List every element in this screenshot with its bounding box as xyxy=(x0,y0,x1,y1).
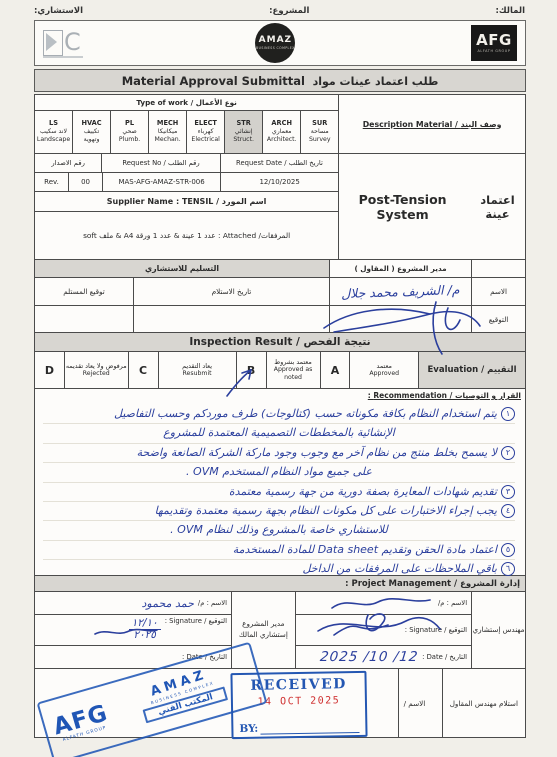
work-type-cell-elect: ELECT كهرباء Electrical xyxy=(186,111,224,153)
contractor-pm-name-handwritten: م/ الشريف محمد جلال xyxy=(329,277,471,305)
recommendation-line: على جميع مواد النظام المستخدم OVM . xyxy=(43,463,515,482)
afg-logo-text: AFG xyxy=(476,33,512,48)
request-date-label: Request Date / تاريخ الطلب xyxy=(220,154,338,172)
work-type-cell-hvac: HVAC تكييف وتهوية xyxy=(72,111,110,153)
recommendation-line: ١يتم استخدام النظام بكافة مكوناته حسب (ك… xyxy=(43,405,515,424)
work-type-cell-mech: MECH ميكانيكا Mechan. xyxy=(148,111,186,153)
grade-d-cell: D xyxy=(35,352,64,388)
evaluation-row: D مرفوض ولا يعاد تقديمه Rejected C يعاد … xyxy=(35,351,525,388)
top-labels: المالك: المشروع: الاستشاري: xyxy=(0,0,557,20)
form-title-en: Material Approval Submittal xyxy=(122,74,305,88)
project-label: المشروع: xyxy=(269,6,309,16)
delivery-to-consultant-header: التسليم للاستشاري xyxy=(35,260,329,277)
consultant-engineer-date-cell: التاريخ / Date : 12/ 10/ 2025 xyxy=(295,645,471,668)
supplier-name-row: Supplier Name : TENSIL / اسم المورد xyxy=(35,191,338,211)
rev-label: Rev. xyxy=(35,173,68,191)
bottom-receipt-row: RECEIVED 14 OCT 2025 BY: AFG ALFATH GROU… xyxy=(35,668,525,737)
ec-logo-tagline xyxy=(43,56,83,58)
consultant-engineer-name-signature xyxy=(326,594,436,614)
description-material-value: Post-Tension System اعتماد عينة xyxy=(339,153,525,259)
ec-logo-mark-icon xyxy=(43,30,63,56)
owner-pm-name-handwritten: حمد محمود xyxy=(142,597,194,610)
contractor-engineer-receipt-label: استلام مهندس المقاول xyxy=(442,669,525,737)
ec-consultant-logo: C xyxy=(43,30,80,56)
receipt-date-label: تاريخ الاستلام xyxy=(133,277,329,305)
owner-pm-signature-cell: التوقيع / Signature : ١٢/١٠ ٢٠٢٥ xyxy=(35,614,231,645)
attached-row: المرفقات/ Attached : عدد 1 عينة & عدد 1 … xyxy=(35,211,338,259)
receiver-signature-label: توقيع المستلم xyxy=(35,277,133,305)
recommendation-line: ٣تقديم شهادات المعايرة بصفة دورية من جهة… xyxy=(43,483,515,502)
amaz-logo: AMAZ BUSINESS COMPLEX xyxy=(255,23,295,63)
signature-label: التوقيع xyxy=(471,305,525,332)
ec-logo-letter: C xyxy=(64,30,80,54)
request-labels-row: رقم الاصدار Request No / رقم الطلب Reque… xyxy=(35,153,338,172)
amaz-logo-text: AMAZ xyxy=(259,36,292,45)
amaz-logo-subtext: BUSINESS COMPLEX xyxy=(256,47,295,50)
contractor-pm-signature-cell xyxy=(329,305,471,332)
owner-pm-signature-date-handwritten: ١٢/١٠ ٢٠٢٥ xyxy=(129,617,161,641)
logo-row: C AMAZ BUSINESS COMPLEX AFG ALFATH GROUP xyxy=(34,20,526,66)
contractor-pm-header: مدير المشروع ( المقاول ) xyxy=(329,260,471,277)
name-label: الاسم xyxy=(471,277,525,305)
recommendation-line: للاستشاري خاصة بالمشروع وذلك لنظام OVM . xyxy=(43,521,515,540)
description-material-column: Description Material / وصف البند Post-Te… xyxy=(338,95,525,259)
grade-c-cell: C xyxy=(128,352,158,388)
form-body: Type of work / نوع الأعمال LS لاند سكيب … xyxy=(34,94,526,738)
grade-a-cell: A xyxy=(320,352,350,388)
type-of-work-section: Type of work / نوع الأعمال LS لاند سكيب … xyxy=(35,95,525,259)
scanned-form-page: المالك: المشروع: الاستشاري: C AMAZ BUSIN… xyxy=(0,0,557,757)
recommendation-line: الإنشائية بالمخططات التصميمية المعتمدة ل… xyxy=(43,424,515,443)
work-type-cell-pl: PL صحي Plumb. xyxy=(110,111,148,153)
recommendation-line: ٢لا يسمح بخلط منتج من نظام آخر مع وجوب و… xyxy=(43,444,515,463)
work-type-cell-sur: SUR مساحة Survey xyxy=(300,111,338,153)
recommendation-line: ٤يجب إجراء الاختبارات على كل مكونات النظ… xyxy=(43,502,515,521)
work-type-cell-str-selected: STR إنشائي Struct. xyxy=(224,111,262,153)
approved-option: معتمد Approved xyxy=(349,352,417,388)
description-material-label: Description Material / وصف البند xyxy=(339,95,525,153)
request-no-value: MAS-AFG-AMAZ-STR-006 xyxy=(102,173,220,191)
recommendation-line: ٥اعتماد مادة الحقن وتقديم Data sheet للم… xyxy=(43,541,515,560)
description-value-ar: اعتماد عينة xyxy=(470,193,525,221)
evaluation-label: التقييم / Evaluation xyxy=(418,352,525,388)
rev-value: 00 xyxy=(68,173,102,191)
work-type-columns: LS لاند سكيب Landscape HVAC تكييف وتهوية… xyxy=(35,110,338,153)
afg-logo-subtext: ALFATH GROUP xyxy=(477,50,510,53)
type-of-work-header: Type of work / نوع الأعمال xyxy=(35,95,338,110)
project-management-grid: الاسم : م/ حمد محمود مدير المشروع إستشار… xyxy=(35,591,525,668)
request-date-value: 12/10/2025 xyxy=(220,173,338,191)
request-values-row: Rev. 00 MAS-AFG-AMAZ-STR-006 12/10/2025 xyxy=(35,172,338,191)
received-stamp-by-line: BY: xyxy=(239,721,359,735)
delivery-empty-cell-3 xyxy=(133,305,329,332)
form-title-ar: طلب اعتماد عينات مواد xyxy=(313,75,439,88)
owner-pm-name-cell: الاسم : م/ حمد محمود xyxy=(35,592,231,614)
approved-as-noted-option: معتمد بشروط Approved as noted xyxy=(266,352,320,388)
delivery-empty-cell xyxy=(471,260,525,277)
consultant-engineer-name-cell: الاسم : م/ xyxy=(295,592,471,614)
delivery-empty-cell-2 xyxy=(35,305,133,332)
grade-b-cell-checked: B xyxy=(236,352,266,388)
consultant-engineer-signature-cell: التوقيع / Signature : xyxy=(295,614,471,645)
stamps-cell: RECEIVED 14 OCT 2025 BY: AFG ALFATH GROU… xyxy=(35,669,398,737)
inspection-result-header: Inspection Result / نتيجة الفحص xyxy=(35,332,525,351)
delivery-section: التسليم للاستشاري مدير المشروع ( المقاول… xyxy=(35,259,525,332)
contractor-name-label: الاسم / xyxy=(398,669,442,737)
stamp-afg-logo: AFG ALFATH GROUP xyxy=(51,702,112,745)
issue-no-label: رقم الاصدار xyxy=(35,154,101,172)
resubmit-option: يعاد التقديم Resubmit xyxy=(158,352,236,388)
work-type-cell-ls: LS لاند سكيب Landscape xyxy=(35,111,72,153)
description-value-en: Post-Tension System xyxy=(339,192,466,222)
afg-logo: AFG ALFATH GROUP xyxy=(471,25,517,61)
consultant-label: الاستشاري: xyxy=(34,6,83,16)
recommendation-handwriting-area: ١يتم استخدام النظام بكافة مكوناته حسب (ك… xyxy=(35,401,525,575)
consultant-engineer-date-handwritten: 12/ 10/ 2025 xyxy=(319,649,419,665)
material-approval-form: C AMAZ BUSINESS COMPLEX AFG ALFATH GROUP… xyxy=(34,20,526,738)
form-title-bar: Material Approval Submittal طلب اعتماد ع… xyxy=(34,69,526,92)
owner-label: المالك: xyxy=(495,6,525,16)
rejected-option: مرفوض ولا يعاد تقديمه Rejected xyxy=(64,352,128,388)
consultant-engineer-label: مهندس إستشاري xyxy=(471,592,525,668)
recommendation-label: القرار و التوصيات / Recommendation : xyxy=(35,388,525,401)
request-no-label: Request No / رقم الطلب xyxy=(101,154,219,172)
work-type-cell-arch: ARCH معماري Architect. xyxy=(262,111,300,153)
